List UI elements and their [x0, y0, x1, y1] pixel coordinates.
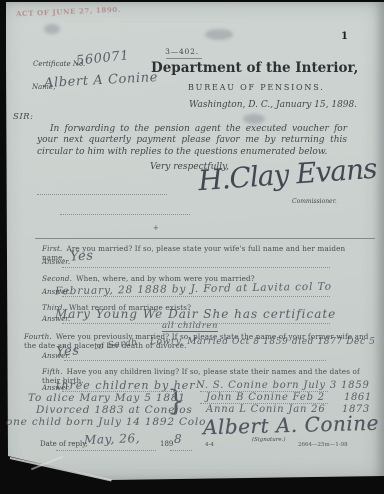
answer-line: [64, 359, 326, 361]
brace: }: [167, 384, 185, 417]
department-title: Department of the Interior,: [151, 60, 358, 76]
print-code: 2664—25m—1-98: [298, 442, 348, 448]
pensioner-signature: Albert A. Conine: [203, 411, 380, 440]
child-row-year: 1861: [344, 392, 372, 403]
question-fifth-label: Fifth.: [42, 367, 63, 376]
date-line: [170, 449, 192, 451]
year-written: 8: [174, 432, 182, 446]
fold-crease: [10, 457, 112, 481]
commissioner-title: Commissioner.: [292, 198, 337, 205]
answer-line: [62, 266, 330, 268]
year-printed: 189: [160, 440, 173, 448]
pencil-smudge: [243, 114, 265, 124]
commissioner-signature: H.Clay Evans: [197, 152, 377, 197]
form-number: 3—402.: [142, 47, 222, 56]
answer-fourth-value: Yes: [56, 343, 80, 359]
answer-third-value: Mary Young We Dair She has certificate: [55, 307, 336, 321]
pencil-smudge: [44, 24, 60, 34]
letter-body: In forwarding to the pension agent the e…: [37, 124, 347, 158]
corner-mark: 1: [341, 31, 348, 42]
certificate-number: 560071: [75, 48, 130, 68]
page-mark: 4-4: [205, 442, 214, 448]
answer-line: [62, 390, 182, 392]
address-line: [60, 213, 190, 215]
question-fourth-label: Fourth.: [24, 332, 52, 341]
form-number-rule: [166, 57, 202, 59]
pencil-smudge: [205, 29, 233, 40]
signature-label: (Signature.): [252, 437, 286, 443]
answer-first-label: Answer.: [42, 258, 70, 266]
date-of-reply-label: Date of reply,: [40, 440, 87, 448]
question-second-label: Second.: [42, 274, 72, 283]
address-line: [37, 193, 167, 195]
pensioner-name: Albert A Conine: [44, 70, 159, 91]
act-stamp: ACT OF JUNE 27, 1890.: [16, 5, 121, 19]
scanned-pension-form: ACT OF JUNE 27, 1890. 1 3—402. Certifica…: [0, 0, 384, 494]
answer-line: [200, 402, 328, 404]
section-divider: [35, 237, 375, 239]
dateline: Washington, D. C., January 15, 1898.: [189, 100, 357, 110]
center-mark: +: [153, 224, 159, 232]
answer-line: [200, 390, 328, 392]
child-row-left: one child born July 14 1892 Colo: [6, 416, 206, 428]
answer-line: [62, 322, 330, 324]
child-row-left: To alice Mary May 5 1881: [28, 392, 186, 404]
answer-line: [62, 295, 330, 297]
salutation: SIR:: [13, 112, 33, 122]
date-line: [56, 449, 156, 451]
question-first-label: First.: [42, 244, 62, 253]
bureau-title: BUREAU OF PENSIONS.: [188, 83, 325, 92]
date-of-reply-value: May, 26,: [84, 431, 141, 447]
answer-fourth-note-right: Lowry, Married Oct 8 1859 died 1877 Dec …: [150, 337, 375, 347]
answer-first-value: Yes: [70, 248, 94, 264]
